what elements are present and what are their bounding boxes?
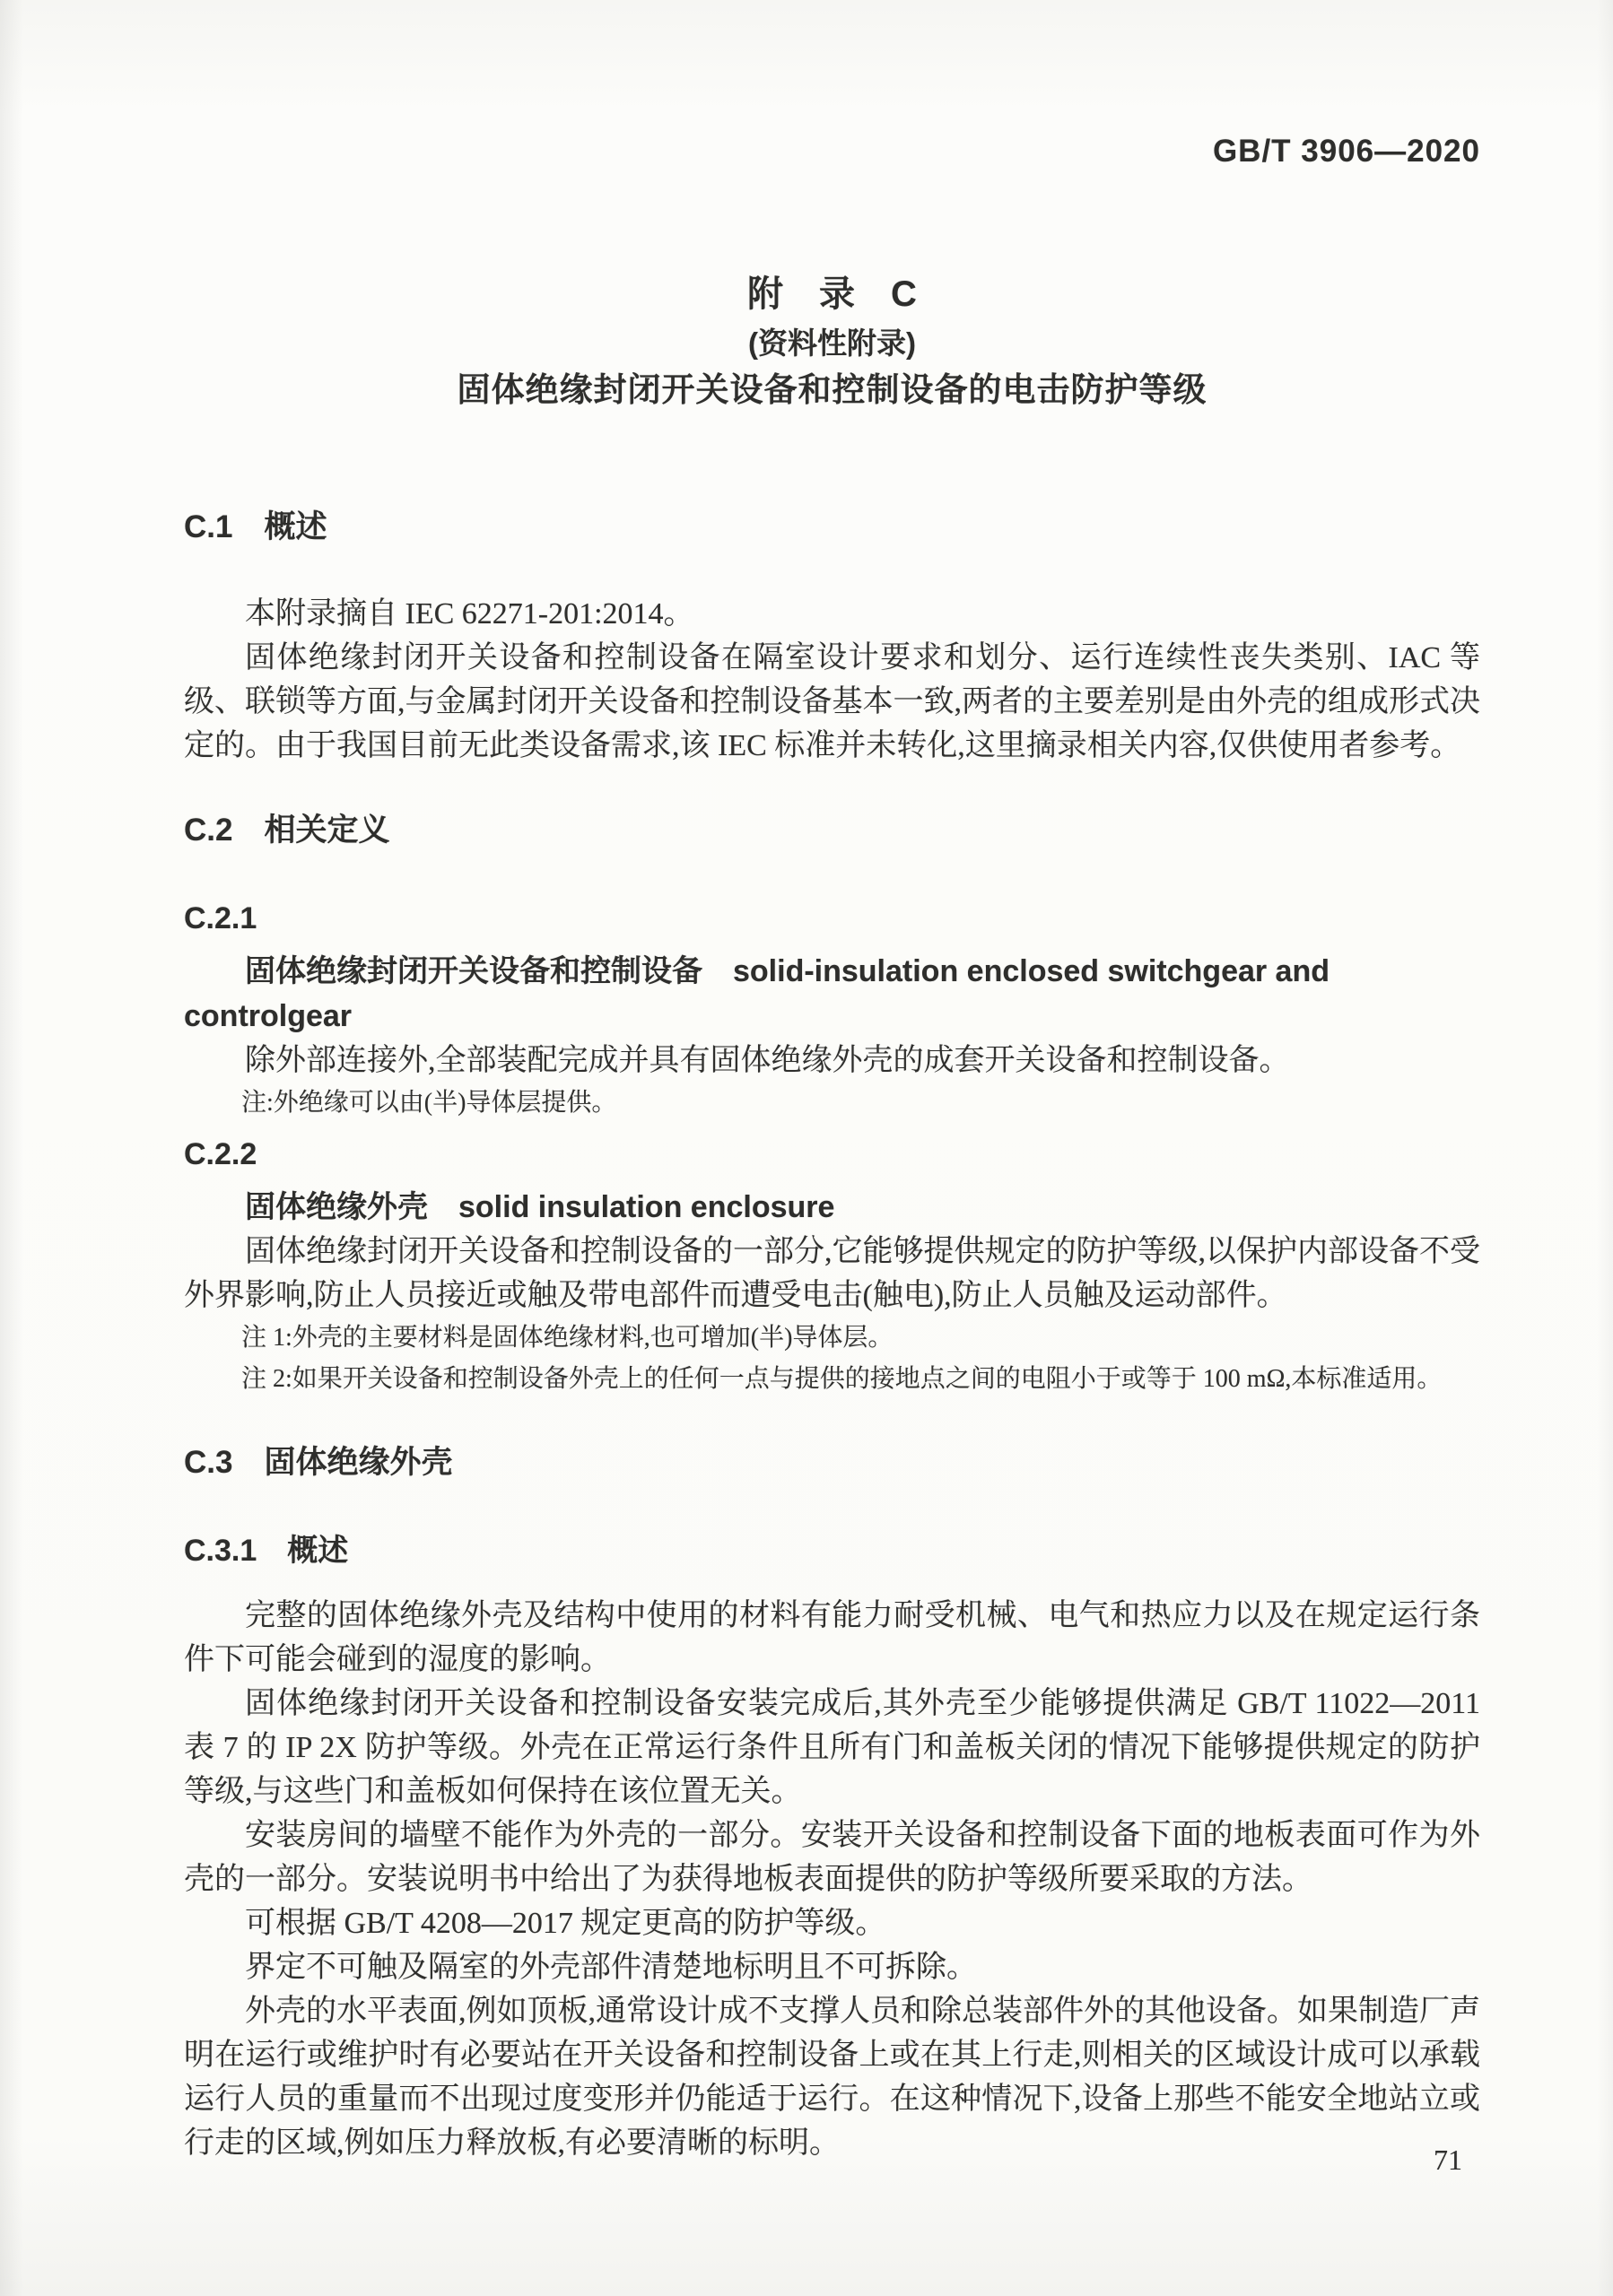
paragraph-c31-4: 可根据 GB/T 4208—2017 规定更高的防护等级。: [184, 1901, 1480, 1945]
section-heading-c1: C.1 概述: [184, 506, 1480, 549]
standard-number: GB/T 3906—2020: [1213, 134, 1480, 169]
appendix-label: 附 录 C: [184, 271, 1480, 317]
appendix-title-block: 附 录 C (资料性附录) 固体绝缘封闭开关设备和控制设备的电击防护等级: [184, 271, 1480, 413]
page-number: 71: [1434, 2142, 1462, 2178]
term-line-c22: 固体绝缘外壳 solid insulation enclosure: [184, 1185, 1480, 1230]
scanned-standard-page: GB/T 3906—2020 附 录 C (资料性附录) 固体绝缘封闭开关设备和…: [0, 0, 1613, 2296]
clause-number-c22: C.2.2: [184, 1133, 1480, 1176]
appendix-type: (资料性附录): [184, 323, 1480, 364]
section-heading-c3: C.3 固体绝缘外壳: [184, 1441, 1480, 1484]
page-content: GB/T 3906—2020 附 录 C (资料性附录) 固体绝缘封闭开关设备和…: [184, 0, 1480, 2165]
appendix-title: 固体绝缘封闭开关设备和控制设备的电击防护等级: [184, 368, 1480, 413]
paragraph-c31-3: 安装房间的墙壁不能作为外壳的一部分。安装开关设备和控制设备下面的地板表面可作为外…: [184, 1813, 1480, 1901]
page-header: GB/T 3906—2020: [184, 0, 1480, 170]
paragraph-c31-6: 外壳的水平表面,例如顶板,通常设计成不支撑人员和除总装部件外的其他设备。如果制造…: [184, 1989, 1480, 2165]
note-c21: 注:外绝缘可以由(半)导体层提供。: [241, 1083, 1480, 1124]
note-c22-1: 注 1:外壳的主要材料是固体绝缘材料,也可增加(半)导体层。: [241, 1318, 1480, 1359]
clause-number-c21: C.2.1: [184, 897, 1480, 940]
term-line-c21: 固体绝缘封闭开关设备和控制设备 solid-insulation enclose…: [184, 949, 1480, 1039]
paragraph-c31-5: 界定不可触及隔室的外壳部件清楚地标明且不可拆除。: [184, 1945, 1480, 1989]
section-heading-c31: C.3.1 概述: [184, 1529, 1480, 1572]
note-c22-2: 注 2:如果开关设备和控制设备外壳上的任何一点与提供的接地点之间的电阻小于或等于…: [241, 1359, 1480, 1400]
definition-c21: 除外部连接外,全部装配完成并具有固体绝缘外壳的成套开关设备和控制设备。: [184, 1039, 1480, 1083]
section-heading-c2: C.2 相关定义: [184, 809, 1480, 852]
paragraph-c1-1: 本附录摘自 IEC 62271-201:2014。: [184, 592, 1480, 636]
definition-c22: 固体绝缘封闭开关设备和控制设备的一部分,它能够提供规定的防护等级,以保护内部设备…: [184, 1230, 1480, 1318]
paragraph-c31-2: 固体绝缘封闭开关设备和控制设备安装完成后,其外壳至少能够提供满足 GB/T 11…: [184, 1682, 1480, 1813]
paragraph-c1-2: 固体绝缘封闭开关设备和控制设备在隔室设计要求和划分、运行连续性丧失类别、IAC …: [184, 636, 1480, 768]
paragraph-c31-1: 完整的固体绝缘外壳及结构中使用的材料有能力耐受机械、电气和热应力以及在规定运行条…: [184, 1594, 1480, 1682]
